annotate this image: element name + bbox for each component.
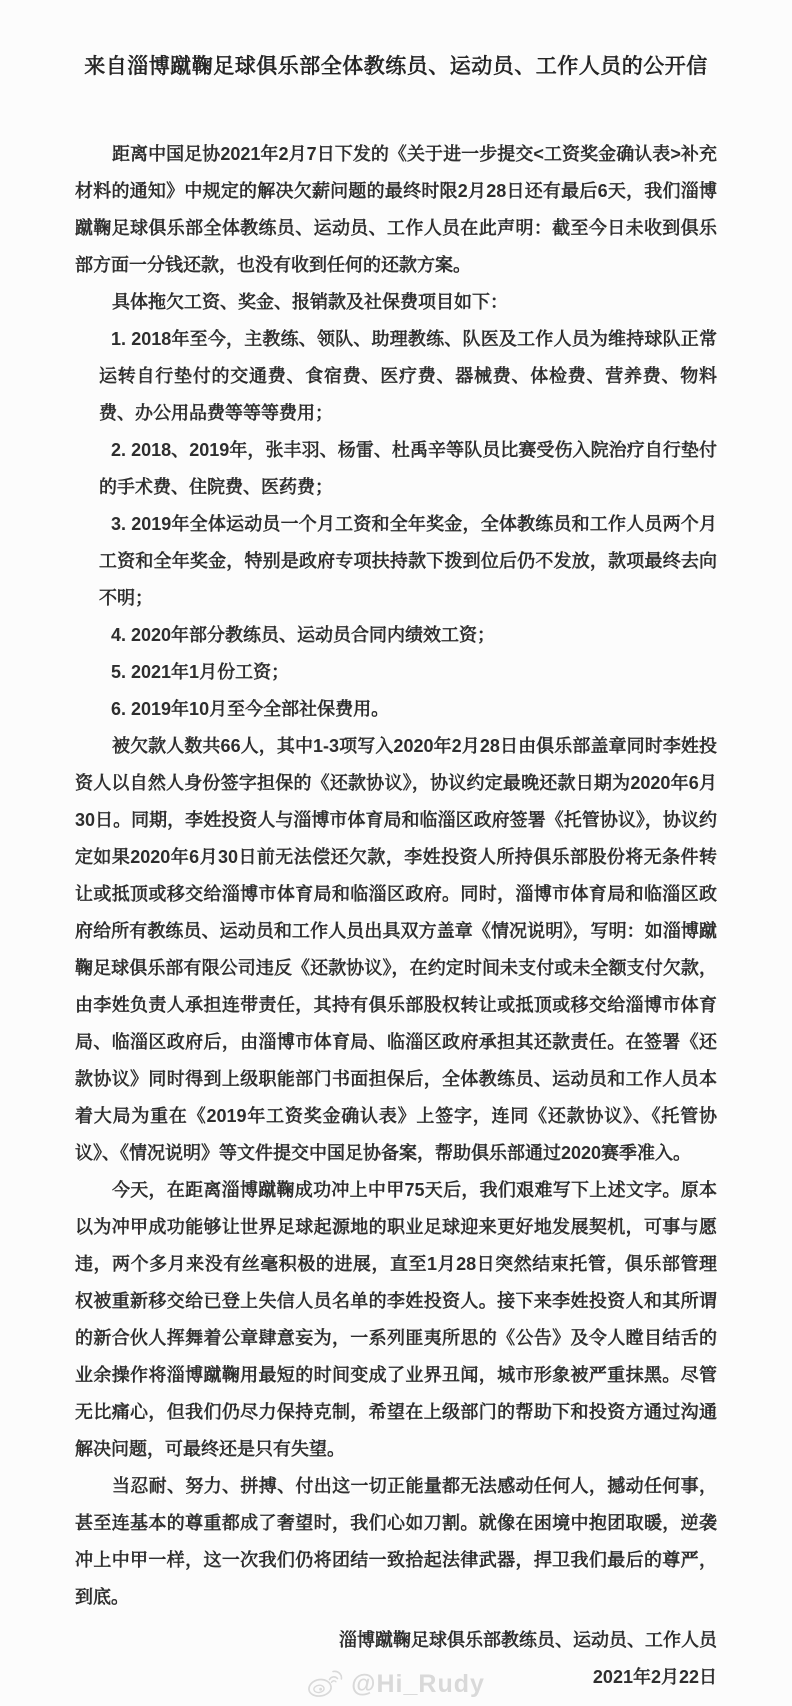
- paragraph-arrears-intro: 具体拖欠工资、奖金、报销款及社保费项目如下：: [75, 284, 717, 321]
- letter-page: 来自淄博蹴鞠足球俱乐部全体教练员、运动员、工作人员的公开信 距离中国足协2021…: [0, 0, 792, 1706]
- signature-line: 淄博蹴鞠足球俱乐部教练员、运动员、工作人员: [75, 1622, 717, 1659]
- arrears-item-5: 5. 2021年1月份工资；: [75, 654, 717, 691]
- arrears-item-6: 6. 2019年10月至今全部社保费用。: [75, 691, 717, 728]
- watermark: @Hi_Rudy: [0, 1669, 792, 1700]
- arrears-item-3: 3. 2019年全体运动员一个月工资和全年奖金，全体教练员和工作人员两个月工资和…: [75, 506, 717, 617]
- letter-body: 距离中国足协2021年2月7日下发的《关于进一步提交<工资奖金确认表>补充材料的…: [75, 136, 717, 1696]
- paragraph-opening: 距离中国足协2021年2月7日下发的《关于进一步提交<工资奖金确认表>补充材料的…: [75, 136, 717, 284]
- paragraph-today: 今天，在距离淄博蹴鞠成功冲上中甲75天后，我们艰难写下上述文字。原本以为冲甲成功…: [75, 1172, 717, 1468]
- page-title: 来自淄博蹴鞠足球俱乐部全体教练员、运动员、工作人员的公开信: [75, 54, 717, 80]
- arrears-item-2: 2. 2018、2019年，张丰羽、杨雷、杜禹辛等队员比赛受伤入院治疗自行垫付的…: [75, 432, 717, 506]
- weibo-icon: [307, 1669, 343, 1700]
- arrears-item-4: 4. 2020年部分教练员、运动员合同内绩效工资；: [75, 617, 717, 654]
- paragraph-agreements: 被欠款人数共66人，其中1-3项写入2020年2月28日由俱乐部盖章同时李姓投资…: [75, 728, 717, 1172]
- paragraph-closing: 当忍耐、努力、拼搏、付出这一切正能量都无法感动任何人，撼动任何事，甚至连基本的尊…: [75, 1468, 717, 1616]
- watermark-handle: @Hi_Rudy: [351, 1670, 485, 1699]
- arrears-item-1: 1. 2018年至今，主教练、领队、助理教练、队医及工作人员为维持球队正常运转自…: [75, 321, 717, 432]
